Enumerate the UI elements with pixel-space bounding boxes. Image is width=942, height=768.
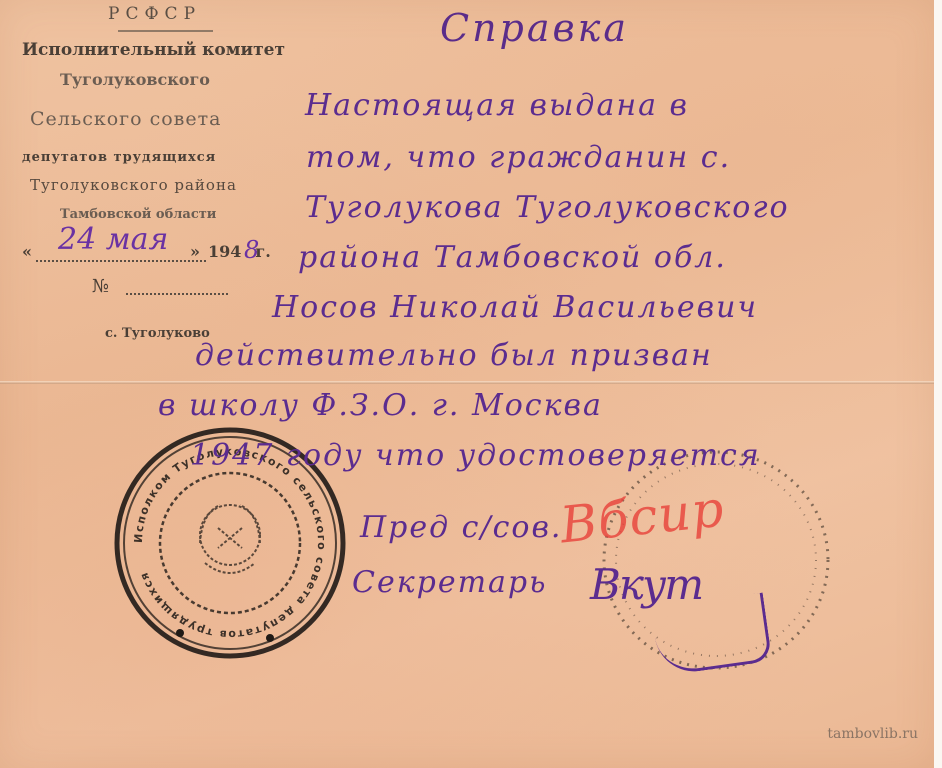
chairman-label: Пред с/сов. (360, 510, 562, 545)
handwritten-year-digit: 8 (244, 236, 259, 264)
letterhead-line-2: Туголуковского (60, 70, 210, 89)
scan-edge (934, 0, 942, 768)
date-year-printed: 194 (208, 242, 241, 261)
letterhead-line-5: Туголуковского района (30, 176, 237, 194)
number-underline (126, 293, 228, 295)
body-line-7: в школу Ф.З.О. г. Москва (158, 388, 603, 423)
body-line-1: Настоящая выдана в (305, 88, 689, 123)
secretary-signature: Вкут (590, 560, 702, 609)
body-line-8: 1947 году что удостоверяется (190, 438, 761, 473)
letterhead-line-4: депутатов трудящихся (22, 150, 216, 165)
document-title: Справка (440, 6, 629, 50)
handwritten-date: 24 мая (58, 222, 168, 257)
letterhead-line-3: Сельского совета (30, 108, 221, 130)
letterhead-republic: РСФСР (108, 4, 201, 24)
letterhead-line-1: Исполнительный комитет (22, 40, 285, 60)
secretary-label: Секретарь (352, 565, 547, 600)
paper-fold-crease (0, 381, 934, 384)
body-line-5: Носов Николай Васильевич (272, 290, 758, 325)
svg-text:Исполком Туголуковского сельск: Исполком Туголуковского сельского совета… (132, 445, 328, 641)
body-line-4: района Тамбовской обл. (298, 240, 727, 275)
stamp-ring-text: Исполком Туголуковского сельского совета… (132, 445, 328, 641)
body-line-2: том, что гражданин с. (306, 140, 731, 175)
source-watermark: tambovlib.ru (827, 726, 918, 742)
date-close-quote: » (190, 242, 200, 261)
letterhead-number-label: № (92, 276, 109, 297)
coat-of-arms-icon (200, 505, 260, 573)
letterhead-line-6: Тамбовской области (60, 207, 216, 222)
date-underline (36, 260, 206, 262)
date-open-quote: « (22, 242, 32, 261)
body-line-6: действительно был призван (195, 338, 713, 373)
letterhead-rule (118, 30, 213, 32)
body-line-3: Туголукова Туголуковского (305, 190, 790, 225)
